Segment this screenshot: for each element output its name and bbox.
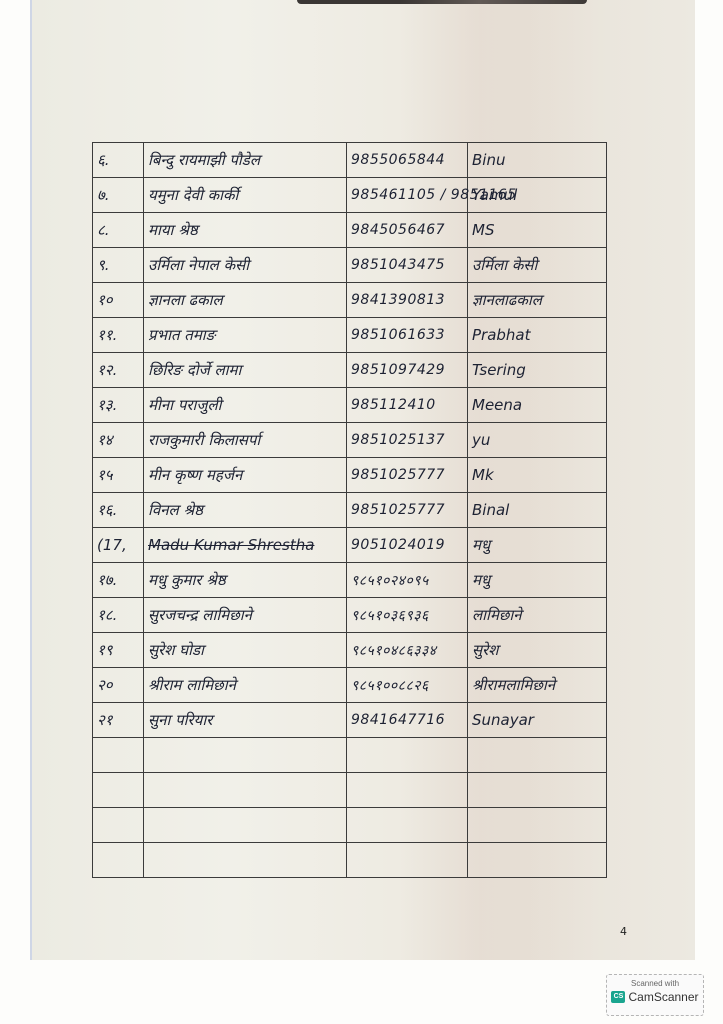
table-row: ७.यमुना देवी कार्की985461105 / 9851165Ya… xyxy=(93,178,607,213)
row-signature: उर्मिला केसी xyxy=(468,248,607,283)
row-number: (17, xyxy=(93,528,144,563)
row-signature xyxy=(468,738,607,773)
row-signature: मधु xyxy=(468,528,607,563)
table-row: १०ज्ञानला ढकाल9841390813ज्ञानलाढकाल xyxy=(93,283,607,318)
row-phone: 985461105 / 9851165 xyxy=(347,178,468,213)
row-phone: 9841647716 xyxy=(347,703,468,738)
row-phone: ९८५१००८८२६ xyxy=(347,668,468,703)
row-number xyxy=(93,808,144,843)
row-number: २१ xyxy=(93,703,144,738)
row-phone: ९८५१०२४०९५ xyxy=(347,563,468,598)
table-row xyxy=(93,843,607,878)
row-phone: ९८५१०४८६३३४ xyxy=(347,633,468,668)
table-row: १९सुरेश घोडा९८५१०४८६३३४सुरेश xyxy=(93,633,607,668)
row-number: ९. xyxy=(93,248,144,283)
row-name: सुरजचन्द्र लामिछाने xyxy=(144,598,347,633)
row-number xyxy=(93,738,144,773)
row-phone: 9851025777 xyxy=(347,458,468,493)
row-signature xyxy=(468,773,607,808)
table-row: ११.प्रभात तमाङ9851061633Prabhat xyxy=(93,318,607,353)
watermark-brand: CamScanner xyxy=(628,990,698,1004)
row-name: मीन कृष्ण महर्जन xyxy=(144,458,347,493)
row-phone xyxy=(347,843,468,878)
row-number: १२. xyxy=(93,353,144,388)
row-name xyxy=(144,738,347,773)
row-phone: 9851043475 xyxy=(347,248,468,283)
table-row: (17,Madu Kumar Shrestha9051024019मधु xyxy=(93,528,607,563)
row-number: १५ xyxy=(93,458,144,493)
row-name: श्रीराम लामिछाने xyxy=(144,668,347,703)
row-signature: Meena xyxy=(468,388,607,423)
row-phone: 9855065844 xyxy=(347,143,468,178)
row-signature: yu xyxy=(468,423,607,458)
camscanner-watermark: Scanned with CS CamScanner xyxy=(606,974,704,1016)
row-signature: ज्ञानलाढकाल xyxy=(468,283,607,318)
row-signature: Yamul xyxy=(468,178,607,213)
row-name: Madu Kumar Shrestha xyxy=(144,528,347,563)
row-phone: 9851025777 xyxy=(347,493,468,528)
row-signature xyxy=(468,808,607,843)
row-number: ६. xyxy=(93,143,144,178)
row-phone: 985112410 xyxy=(347,388,468,423)
row-number: ८. xyxy=(93,213,144,248)
row-name xyxy=(144,843,347,878)
row-name: प्रभात तमाङ xyxy=(144,318,347,353)
row-name: मधु कुमार श्रेष्ठ xyxy=(144,563,347,598)
table-row: ६.बिन्दु रायमाझी पौडेल9855065844Binu xyxy=(93,143,607,178)
table-row: ८.माया श्रेष्ठ9845056467MS xyxy=(93,213,607,248)
table-row: २०श्रीराम लामिछाने९८५१००८८२६श्रीरामलामिछ… xyxy=(93,668,607,703)
row-signature: MS xyxy=(468,213,607,248)
row-name: मीना पराजुली xyxy=(144,388,347,423)
table-row: २१सुना परियार9841647716Sunayar xyxy=(93,703,607,738)
row-number: १४ xyxy=(93,423,144,458)
signature-table: ६.बिन्दु रायमाझी पौडेल9855065844Binu७.यम… xyxy=(92,142,607,878)
row-number: ११. xyxy=(93,318,144,353)
row-number: १६. xyxy=(93,493,144,528)
row-phone xyxy=(347,808,468,843)
table-row: १८.सुरजचन्द्र लामिछाने९८५१०३६९३६लामिछाने xyxy=(93,598,607,633)
row-name: ज्ञानला ढकाल xyxy=(144,283,347,318)
row-signature: Prabhat xyxy=(468,318,607,353)
row-name: सुना परियार xyxy=(144,703,347,738)
table-row: ९.उर्मिला नेपाल केसी9851043475उर्मिला के… xyxy=(93,248,607,283)
row-name: यमुना देवी कार्की xyxy=(144,178,347,213)
row-name: विनल श्रेष्ठ xyxy=(144,493,347,528)
table-row xyxy=(93,773,607,808)
table-row: १३.मीना पराजुली985112410Meena xyxy=(93,388,607,423)
table-row: १७.मधु कुमार श्रेष्ठ९८५१०२४०९५मधु xyxy=(93,563,607,598)
row-phone xyxy=(347,773,468,808)
row-phone: ९८५१०३६९३६ xyxy=(347,598,468,633)
row-signature: मधु xyxy=(468,563,607,598)
row-signature: Sunayar xyxy=(468,703,607,738)
row-number xyxy=(93,843,144,878)
table-row: १५मीन कृष्ण महर्जन9851025777Mk xyxy=(93,458,607,493)
row-number xyxy=(93,773,144,808)
row-signature: लामिछाने xyxy=(468,598,607,633)
row-number: १३. xyxy=(93,388,144,423)
row-name: राजकुमारी किलासर्पा xyxy=(144,423,347,458)
table-row: १६.विनल श्रेष्ठ9851025777Binal xyxy=(93,493,607,528)
row-signature: Tsering xyxy=(468,353,607,388)
row-phone: 9851025137 xyxy=(347,423,468,458)
row-name: सुरेश घोडा xyxy=(144,633,347,668)
row-name: उर्मिला नेपाल केसी xyxy=(144,248,347,283)
row-number: १८. xyxy=(93,598,144,633)
row-name: माया श्रेष्ठ xyxy=(144,213,347,248)
row-name: बिन्दु रायमाझी पौडेल xyxy=(144,143,347,178)
row-number: २० xyxy=(93,668,144,703)
row-signature xyxy=(468,843,607,878)
table-row: १४राजकुमारी किलासर्पा9851025137yu xyxy=(93,423,607,458)
row-phone: 9051024019 xyxy=(347,528,468,563)
row-phone: 9845056467 xyxy=(347,213,468,248)
row-name xyxy=(144,808,347,843)
row-number: १९ xyxy=(93,633,144,668)
row-number: १० xyxy=(93,283,144,318)
row-number: ७. xyxy=(93,178,144,213)
row-signature: सुरेश xyxy=(468,633,607,668)
camscanner-logo-icon: CS xyxy=(611,991,625,1003)
row-phone: 9851097429 xyxy=(347,353,468,388)
table-row xyxy=(93,808,607,843)
row-signature: Binal xyxy=(468,493,607,528)
row-name: छिरिङ दोर्जे लामा xyxy=(144,353,347,388)
row-signature: Binu xyxy=(468,143,607,178)
row-phone: 9851061633 xyxy=(347,318,468,353)
row-number: १७. xyxy=(93,563,144,598)
table-row: १२.छिरिङ दोर्जे लामा9851097429Tsering xyxy=(93,353,607,388)
row-name xyxy=(144,773,347,808)
row-signature: श्रीरामलामिछाने xyxy=(468,668,607,703)
table-row xyxy=(93,738,607,773)
row-phone xyxy=(347,738,468,773)
watermark-caption: Scanned with xyxy=(607,979,703,988)
row-signature: Mk xyxy=(468,458,607,493)
row-phone: 9841390813 xyxy=(347,283,468,318)
page-number: 4 xyxy=(620,925,627,938)
